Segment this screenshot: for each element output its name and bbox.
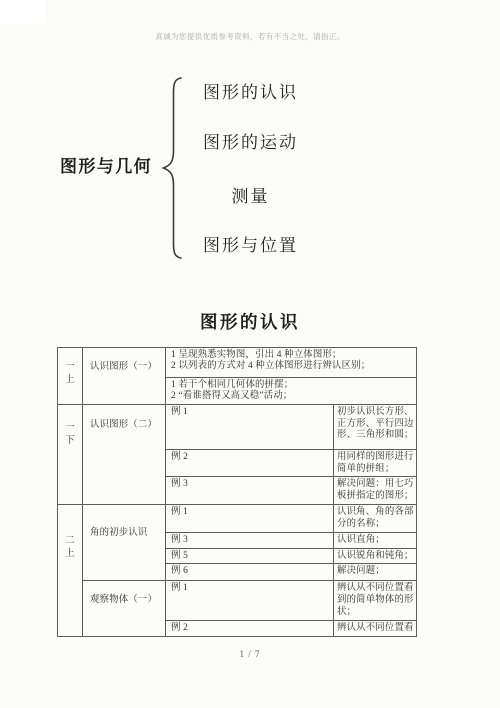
page-number-indicator: 1 / 7 bbox=[0, 649, 500, 659]
scan-corner-artifact bbox=[0, 0, 45, 23]
unit-cell: 观察物体（一） bbox=[83, 581, 166, 636]
desc-cell: 认识角、角的各部分的名称； bbox=[334, 505, 417, 533]
desc-cell: 初步认识长方形、正方形、平行四边形、三角形和圆； bbox=[334, 404, 417, 449]
desc-cell: 用同样的图形进行简单的拼组； bbox=[334, 449, 417, 477]
diagram-branch: 图形的运动 bbox=[198, 128, 303, 153]
desc-cell: 辨认从不同位置看 bbox=[334, 620, 417, 636]
example-cell: 例 5 bbox=[166, 548, 334, 564]
unit-cell: 认识图形（一） bbox=[83, 348, 166, 405]
example-cell: 例 1 bbox=[166, 581, 334, 620]
example-cell: 例 1 bbox=[166, 404, 334, 449]
example-cell: 例 3 bbox=[166, 477, 334, 505]
example-cell: 例 6 bbox=[166, 564, 334, 581]
example-cell: 例 2 bbox=[166, 620, 334, 636]
example-cell: 例 3 bbox=[166, 532, 334, 548]
section-title: 图形的认识 bbox=[0, 309, 500, 334]
desc-cell: 解决问题：用七巧板拼指定的图形； bbox=[334, 477, 417, 505]
unit-cell: 认识图形（二） bbox=[83, 404, 166, 504]
activities-cell: 1 若干个相同几何体的拼摆； 2 “看谁搭得又高又稳”活动； bbox=[166, 378, 417, 405]
desc-cell: 解决问题； bbox=[334, 564, 417, 581]
table-row: 二 上 角的初步认识 例 1 认识角、角的各部分的名称； bbox=[58, 505, 417, 533]
curriculum-table: 一 上 认识图形（一） 1 呈现熟悉实物图，引出 4 种立体图形； 2 以列表的… bbox=[57, 347, 417, 637]
diagram-branch-list: 图形的认识 图形的运动 测量 图形与位置 bbox=[198, 0, 303, 280]
grade-cell: 一 上 bbox=[58, 348, 83, 405]
document-page: 真诚为您提供优质参考资料，若有不当之处，请指正。 图形与几何 图形的认识 图形的… bbox=[0, 0, 500, 708]
table-row: 一 下 认识图形（二） 例 1 初步认识长方形、正方形、平行四边形、三角形和圆； bbox=[58, 404, 417, 449]
activities-cell: 1 呈现熟悉实物图，引出 4 种立体图形； 2 以列表的方式对 4 种立体图形进… bbox=[166, 348, 417, 378]
example-cell: 例 2 bbox=[166, 449, 334, 477]
table-row: 一 上 认识图形（一） 1 呈现熟悉实物图，引出 4 种立体图形； 2 以列表的… bbox=[58, 348, 417, 378]
diagram-branch: 图形与位置 bbox=[198, 231, 303, 256]
diagram-root-label: 图形与几何 bbox=[60, 152, 152, 177]
unit-cell: 角的初步认识 bbox=[83, 505, 166, 581]
diagram-branch: 图形的认识 bbox=[198, 78, 303, 103]
table-row: 观察物体（一） 例 1 辨认从不同位置看到的简单物体的形状； bbox=[58, 581, 417, 620]
curly-brace-icon bbox=[161, 76, 183, 260]
diagram-branch: 测量 bbox=[198, 182, 303, 207]
desc-cell: 认识锐角和钝角； bbox=[334, 548, 417, 564]
example-cell: 例 1 bbox=[166, 505, 334, 533]
grade-cell: 一 下 bbox=[58, 404, 83, 504]
desc-cell: 辨认从不同位置看到的简单物体的形状； bbox=[334, 581, 417, 620]
grade-cell: 二 上 bbox=[58, 505, 83, 637]
desc-cell: 认识直角； bbox=[334, 532, 417, 548]
